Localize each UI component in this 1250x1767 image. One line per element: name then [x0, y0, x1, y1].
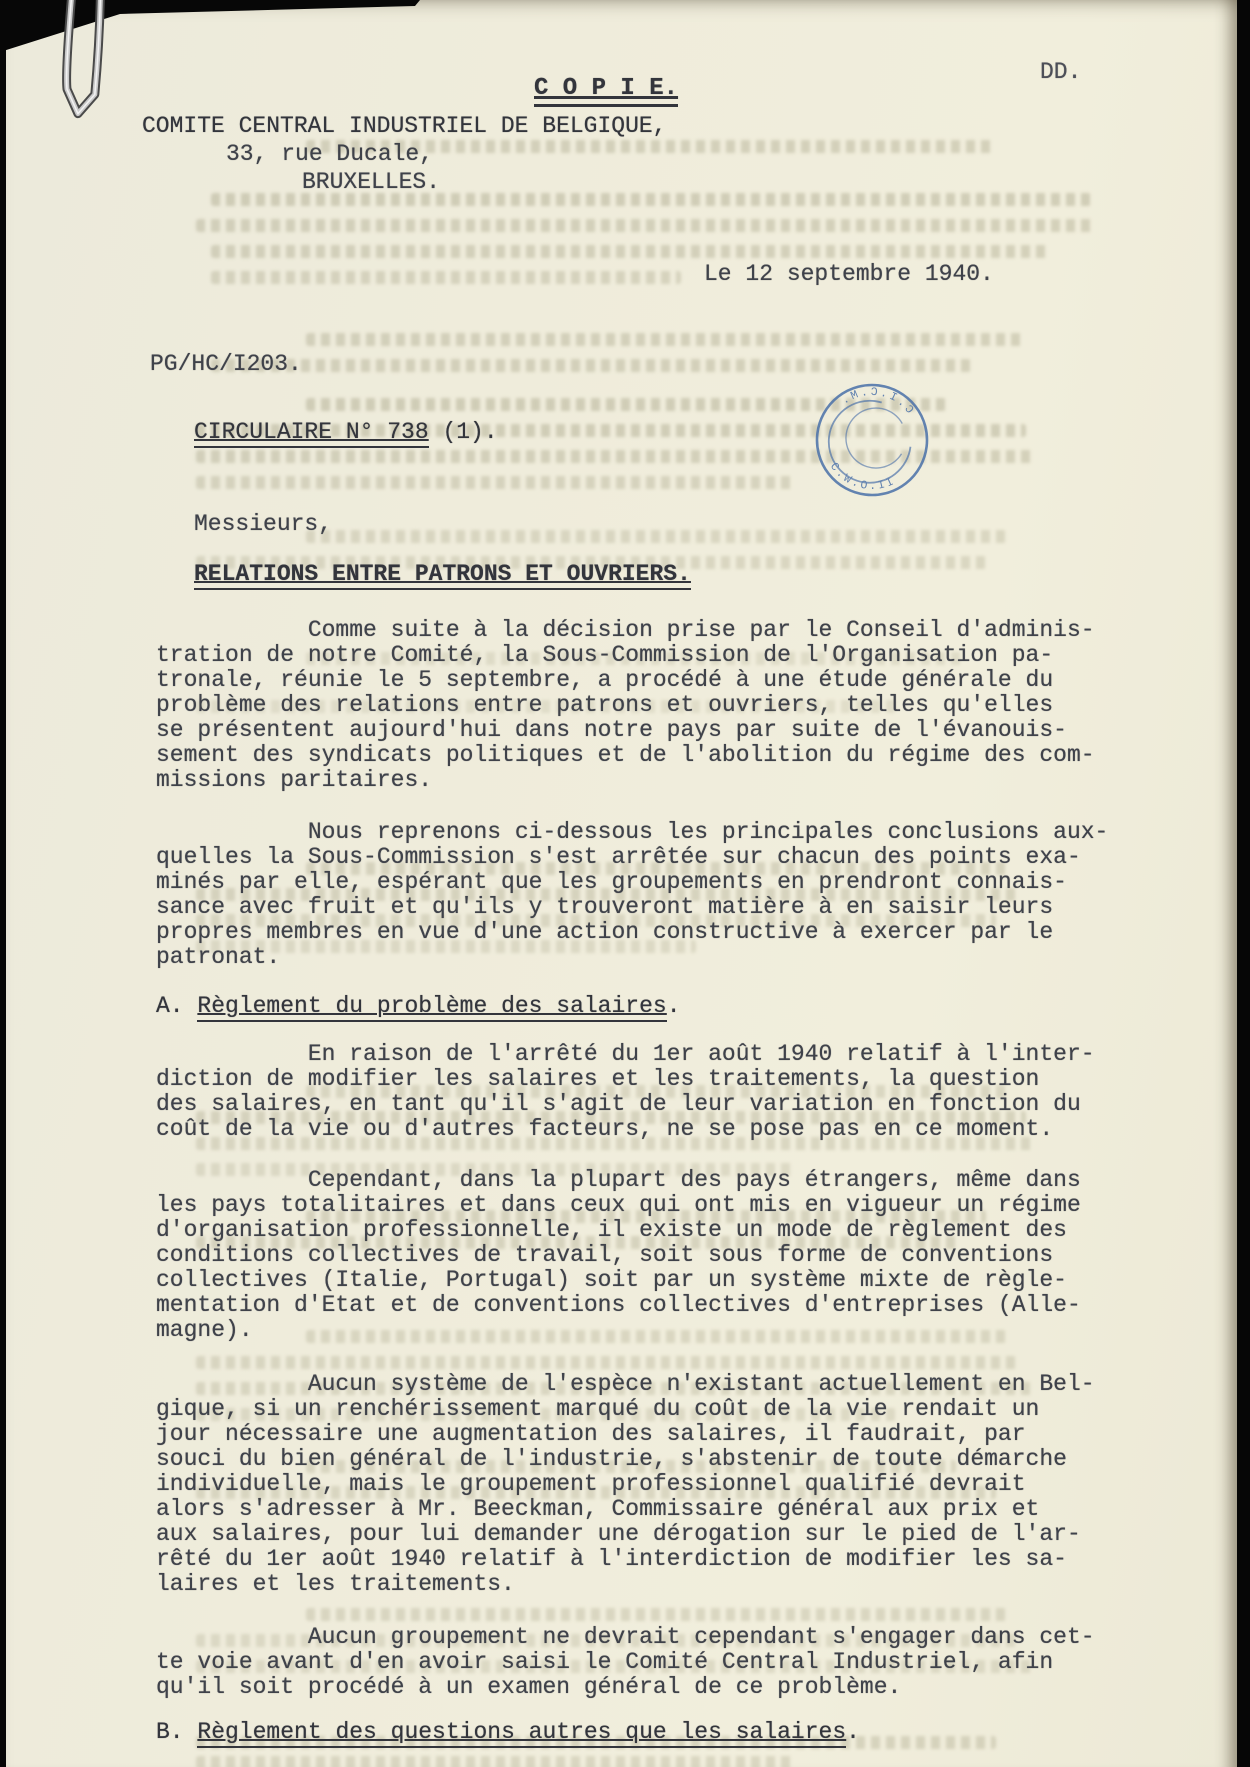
- section-a-prefix: A.: [156, 993, 197, 1019]
- annotation-dd: DD.: [1040, 60, 1081, 85]
- section-b-prefix: B.: [156, 1719, 197, 1745]
- text-line: aux salaires, pour lui demander une déro…: [156, 1522, 1095, 1547]
- copy-header: C O P I E.: [534, 76, 678, 101]
- reference-number: PG/HC/I203.: [150, 352, 302, 377]
- text-line: tration de notre Comité, la Sous-Commiss…: [156, 643, 1095, 668]
- text-line: des salaires, en tant qu'il s'agit de le…: [156, 1092, 1095, 1117]
- text-line: minés par elle, espérant que les groupem…: [156, 870, 1108, 895]
- bleedthrough-line: [306, 333, 1026, 346]
- section-a-suffix: .: [667, 993, 681, 1019]
- text-line: laires et les traitements.: [156, 1572, 1095, 1597]
- subject-heading: RELATIONS ENTRE PATRONS ET OUVRIERS.: [194, 562, 691, 587]
- text-line: magne).: [156, 1318, 1081, 1343]
- circular-title: CIRCULAIRE N° 738 (1).: [194, 420, 498, 445]
- text-line: Aucun système de l'espèce n'existant act…: [156, 1372, 1095, 1397]
- letterhead-city: BRUXELLES.: [302, 170, 440, 195]
- stamp-text-top: C.I.C.M.: [836, 381, 918, 417]
- paperclip: [41, 0, 133, 144]
- subject-heading-text: RELATIONS ENTRE PATRONS ET OUVRIERS.: [194, 561, 691, 590]
- scanned-document: DD. C O P I E. COMITE CENTRAL INDUSTRIEL…: [0, 0, 1250, 1767]
- text-line: tronale, réunie le 5 septembre, a procéd…: [156, 668, 1095, 693]
- section-a-title: Règlement du problème des salaires: [197, 993, 666, 1022]
- text-line: individuelle, mais le groupement profess…: [156, 1472, 1095, 1497]
- section-a-heading: A. Règlement du problème des salaires.: [156, 994, 681, 1019]
- text-line: souci du bien général de l'industrie, s'…: [156, 1447, 1095, 1472]
- text-line: Cependant, dans la plupart des pays étra…: [156, 1168, 1081, 1193]
- bleedthrough-line: [196, 476, 796, 489]
- bleedthrough-line: [196, 219, 1096, 232]
- bleedthrough-line: [306, 530, 1006, 543]
- text-line: En raison de l'arrêté du 1er août 1940 r…: [156, 1042, 1095, 1067]
- text-line: diction de modifier les salaires et les …: [156, 1067, 1095, 1092]
- text-line: jour nécessaire une augmentation des sal…: [156, 1422, 1095, 1447]
- circular-title-suffix: (1).: [429, 419, 498, 445]
- text-line: qu'il soit procédé à un examen général d…: [156, 1675, 1095, 1700]
- text-line: se présentent aujourd'hui dans notre pay…: [156, 718, 1095, 743]
- paragraph-3: En raison de l'arrêté du 1er août 1940 r…: [156, 1042, 1095, 1142]
- section-b-title: Règlement des questions autres que les s…: [197, 1719, 846, 1748]
- bleedthrough-line: [211, 271, 681, 284]
- text-line: les pays totalitaires et dans ceux qui o…: [156, 1193, 1081, 1218]
- bleedthrough-line: [211, 245, 1051, 258]
- text-line: Aucun groupement ne devrait cependant s'…: [156, 1625, 1095, 1650]
- text-line: mentation d'Etat et de conventions colle…: [156, 1293, 1081, 1318]
- text-line: patronat.: [156, 945, 1108, 970]
- stamp-text: C.I.C.M. C.W.O.II: [825, 381, 918, 497]
- round-ink-stamp: C.I.C.M. C.W.O.II: [796, 364, 948, 516]
- text-line: gique, si un renchérissement marqué du c…: [156, 1397, 1095, 1422]
- text-line: conditions collectives de travail, soit …: [156, 1243, 1081, 1268]
- text-line: quelles la Sous-Commission s'est arrêtée…: [156, 845, 1108, 870]
- circular-title-underlined: CIRCULAIRE N° 738: [194, 419, 429, 448]
- text-line: Nous reprenons ci-dessous les principale…: [156, 820, 1108, 845]
- letterhead-street: 33, rue Ducale,: [226, 142, 433, 167]
- text-line: sement des syndicats politiques et de l'…: [156, 743, 1095, 768]
- date-line: Le 12 septembre 1940.: [704, 262, 994, 287]
- section-b-heading: B. Règlement des questions autres que le…: [156, 1720, 860, 1745]
- document-page: DD. C O P I E. COMITE CENTRAL INDUSTRIEL…: [6, 0, 1237, 1767]
- text-line: Comme suite à la décision prise par le C…: [156, 618, 1095, 643]
- text-line: missions paritaires.: [156, 768, 1095, 793]
- letterhead-org: COMITE CENTRAL INDUSTRIEL DE BELGIQUE,: [142, 114, 667, 139]
- paragraph-5: Aucun système de l'espèce n'existant act…: [156, 1372, 1095, 1597]
- text-line: alors s'adresser à Mr. Beeckman, Commiss…: [156, 1497, 1095, 1522]
- text-line: d'organisation professionnelle, il exist…: [156, 1218, 1081, 1243]
- copy-header-text: C O P I E.: [534, 75, 678, 107]
- text-line: rêté du 1er août 1940 relatif à l'interd…: [156, 1547, 1095, 1572]
- bleedthrough-line: [196, 1756, 796, 1767]
- section-b-suffix: .: [846, 1719, 860, 1745]
- paragraph-6: Aucun groupement ne devrait cependant s'…: [156, 1625, 1095, 1700]
- text-line: problème des relations entre patrons et …: [156, 693, 1095, 718]
- paragraph-4: Cependant, dans la plupart des pays étra…: [156, 1168, 1081, 1343]
- salutation: Messieurs,: [194, 512, 332, 537]
- text-line: sance avec fruit et qu'ils y trouveront …: [156, 895, 1108, 920]
- bleedthrough-line: [196, 1356, 1016, 1369]
- text-line: propres membres en vue d'une action cons…: [156, 920, 1108, 945]
- bleedthrough-line: [306, 1608, 1006, 1621]
- text-line: collectives (Italie, Portugal) soit par …: [156, 1268, 1081, 1293]
- paragraph-1: Comme suite à la décision prise par le C…: [156, 618, 1095, 793]
- text-line: te voie avant d'en avoir saisi le Comité…: [156, 1650, 1095, 1675]
- paragraph-2: Nous reprenons ci-dessous les principale…: [156, 820, 1108, 970]
- text-line: coût de la vie ou d'autres facteurs, ne …: [156, 1117, 1095, 1142]
